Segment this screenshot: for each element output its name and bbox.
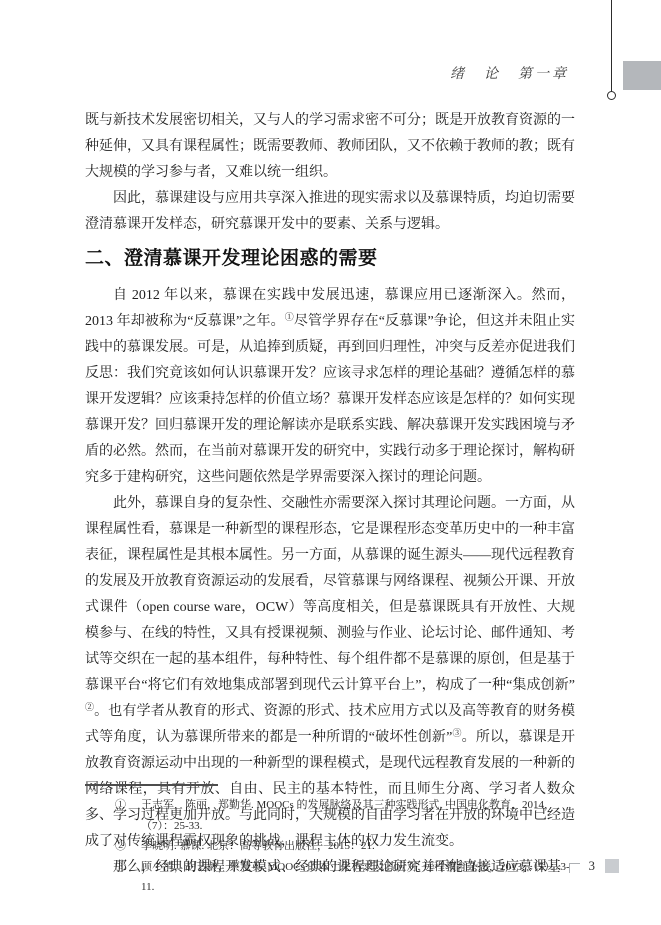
section-heading: 二、澄清慕课开发理论困惑的需要	[85, 247, 575, 271]
footnote-text: 顾小清，胡艺龄，蔡慧英. MOOCs 的本土化诉求及其应对. 远程教育杂志，20…	[141, 857, 577, 898]
footnote-text: 李晓明. 慕课. 北京：高等教育出版社，2015：21.	[141, 836, 577, 857]
paragraph: 自 2012 年以来，慕课在实践中发展迅速，慕课应用已逐渐深入。然而，2013 …	[85, 283, 575, 491]
running-head-title: 绪 论 第一章	[450, 63, 569, 83]
footnote: ③ 顾小清，胡艺龄，蔡慧英. MOOCs 的本土化诉求及其应对. 远程教育杂志，…	[85, 857, 577, 898]
footnote: ① 王志军，陈丽，郑勤华. MOOCs 的发展脉络及其三种实践形式. 中国电化教…	[85, 795, 577, 836]
book-page: 绪 论 第一章 既与新技术发展密切相关，又与人的学习需求密不可分；既是开放教育资…	[0, 0, 661, 925]
footnote-marker: ③	[115, 857, 141, 898]
footnote-text: 王志军，陈丽，郑勤华. MOOCs 的发展脉络及其三种实践形式. 中国电化教育，…	[141, 795, 577, 836]
footnote-marker: ①	[115, 795, 141, 836]
page-folio: 3	[569, 858, 620, 874]
footnote-marker: ②	[115, 836, 141, 857]
footnote: ② 李晓明. 慕课. 北京：高等教育出版社，2015：21.	[85, 836, 577, 857]
header-vertical-rule	[611, 0, 612, 92]
paragraph: 因此，慕课建设与应用共享深入推进的现实需求以及慕课特质，均迫切需要澄清慕课开发样…	[85, 186, 575, 238]
page-body: 既与新技术发展密切相关，又与人的学习需求密不可分；既是开放教育资源的一种延伸，又…	[85, 108, 575, 881]
header-circle-ornament	[607, 91, 616, 100]
paragraph-continuation: 既与新技术发展密切相关，又与人的学习需求密不可分；既是开放教育资源的一种延伸，又…	[85, 108, 575, 186]
footnotes-block: ① 王志军，陈丽，郑勤华. MOOCs 的发展脉络及其三种实践形式. 中国电化教…	[85, 784, 577, 898]
footnote-separator-rule	[85, 784, 218, 786]
folio-corner-mark	[569, 863, 580, 873]
chapter-edge-tab	[623, 61, 661, 90]
page-number: 3	[589, 858, 596, 874]
folio-square-ornament	[605, 859, 619, 873]
